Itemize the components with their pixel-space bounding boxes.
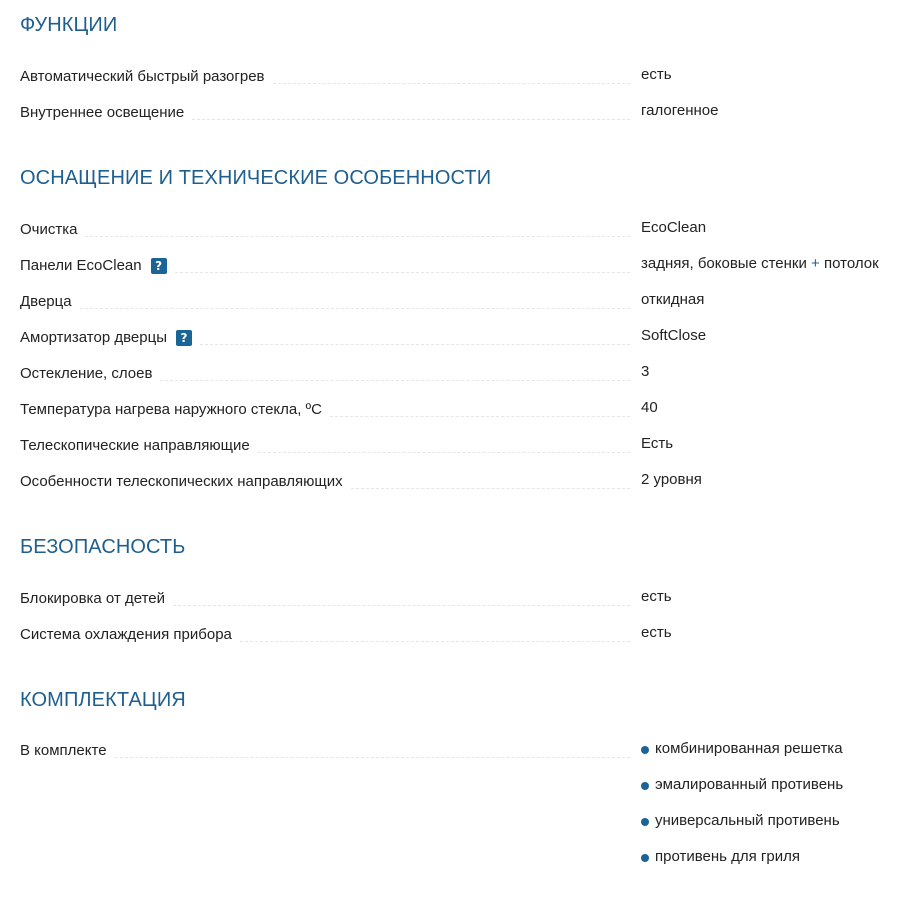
section-safety: БЕЗОПАСНОСТЬ Блокировка от детей есть Си… [20, 535, 913, 659]
included-items-list: комбинированная решетка эмалированный пр… [641, 739, 843, 883]
help-icon[interactable]: ? [151, 258, 167, 274]
spec-row: В комплекте комбинированная решетка эмал… [20, 739, 913, 883]
section-title: ФУНКЦИИ [20, 13, 913, 37]
spec-label: Телескопические направляющие [20, 436, 258, 456]
section-equipment: ОСНАЩЕНИЕ И ТЕХНИЧЕСКИЕ ОСОБЕННОСТИ Очис… [20, 166, 913, 506]
label-wrap: В комплекте [20, 739, 630, 761]
included-item: противень для гриля [641, 847, 843, 883]
label-wrap: Телескопические направляющие [20, 434, 630, 456]
dotted-leader [240, 641, 630, 642]
spec-row: Амортизатор дверцы ? SoftClose [20, 326, 913, 362]
spec-list: Очистка EcoClean Панели EcoClean ? задня… [20, 218, 913, 506]
value-part: задняя, боковые стенки [641, 255, 807, 272]
section-package: КОМПЛЕКТАЦИЯ В комплекте комбинированная… [20, 688, 913, 883]
spec-label: Внутреннее освещение [20, 103, 192, 123]
spec-list: В комплекте комбинированная решетка эмал… [20, 739, 913, 883]
help-icon[interactable]: ? [176, 330, 192, 346]
label-wrap: Очистка [20, 218, 630, 240]
spec-row: Температура нагрева наружного стекла, ºC… [20, 398, 913, 434]
spec-value: откидная [641, 290, 704, 310]
spec-label: Система охлаждения прибора [20, 625, 240, 645]
bullet-icon [641, 782, 649, 790]
section-title: ОСНАЩЕНИЕ И ТЕХНИЧЕСКИЕ ОСОБЕННОСТИ [20, 166, 913, 190]
spec-value: есть [641, 587, 672, 607]
label-wrap: Система охлаждения прибора [20, 623, 630, 645]
spec-value: 40 [641, 398, 658, 418]
spec-label: Блокировка от детей [20, 589, 173, 609]
spec-value: Есть [641, 434, 673, 454]
spec-row: Система охлаждения прибора есть [20, 623, 913, 659]
spec-row: Остекление, слоев 3 [20, 362, 913, 398]
spec-label-text: Амортизатор дверцы [20, 328, 167, 348]
spec-value: EcoClean [641, 218, 706, 238]
spec-label: Остекление, слоев [20, 364, 160, 384]
label-wrap: Автоматический быстрый разогрев [20, 65, 630, 87]
spec-value: 3 [641, 362, 649, 382]
spec-label: Автоматический быстрый разогрев [20, 67, 273, 87]
label-wrap: Температура нагрева наружного стекла, ºC [20, 398, 630, 420]
section-title: БЕЗОПАСНОСТЬ [20, 535, 913, 559]
value-part: потолок [824, 255, 879, 272]
spec-value: SoftClose [641, 326, 706, 346]
dotted-leader [173, 605, 630, 606]
spec-value: 2 уровня [641, 470, 702, 490]
included-item: универсальный противень [641, 811, 843, 847]
spec-list: Автоматический быстрый разогрев есть Вну… [20, 65, 913, 137]
spec-list: Блокировка от детей есть Система охлажде… [20, 587, 913, 659]
label-wrap: Амортизатор дверцы ? [20, 326, 630, 348]
spec-row: Блокировка от детей есть [20, 587, 913, 623]
spec-label: В комплекте [20, 741, 115, 761]
spec-row: Очистка EcoClean [20, 218, 913, 254]
spec-value: есть [641, 623, 672, 643]
plus-sign: + [811, 255, 820, 272]
included-item: комбинированная решетка [641, 739, 843, 775]
dotted-leader [80, 308, 630, 309]
section-functions: ФУНКЦИИ Автоматический быстрый разогрев … [20, 13, 913, 137]
label-wrap: Блокировка от детей [20, 587, 630, 609]
spec-value: галогенное [641, 101, 718, 121]
bullet-icon [641, 854, 649, 862]
label-wrap: Внутреннее освещение [20, 101, 630, 123]
spec-label: Температура нагрева наружного стекла, ºC [20, 400, 330, 420]
label-wrap: Особенности телескопических направляющих [20, 470, 630, 492]
spec-row: Особенности телескопических направляющих… [20, 470, 913, 506]
spec-value: есть [641, 65, 672, 85]
section-title: КОМПЛЕКТАЦИЯ [20, 688, 913, 712]
spec-label: Амортизатор дверцы ? [20, 328, 200, 348]
spec-label: Панели EcoClean ? [20, 256, 175, 276]
dotted-leader [192, 119, 630, 120]
dotted-leader [85, 236, 630, 237]
spec-row: Телескопические направляющие Есть [20, 434, 913, 470]
label-wrap: Дверца [20, 290, 630, 312]
spec-row: Автоматический быстрый разогрев есть [20, 65, 913, 101]
spec-value: задняя, боковые стенки + потолок [641, 254, 879, 274]
dotted-leader [258, 452, 630, 453]
bullet-icon [641, 818, 649, 826]
included-item: эмалированный противень [641, 775, 843, 811]
included-item-text: универсальный противень [655, 811, 840, 831]
dotted-leader [115, 757, 630, 758]
dotted-leader [160, 380, 630, 381]
dotted-leader [330, 416, 630, 417]
label-wrap: Панели EcoClean ? [20, 254, 630, 276]
spec-label: Особенности телескопических направляющих [20, 472, 351, 492]
spec-row: Дверца откидная [20, 290, 913, 326]
dotted-leader [200, 344, 630, 345]
included-item-text: противень для гриля [655, 847, 800, 867]
included-item-text: комбинированная решетка [655, 739, 843, 759]
spec-row: Внутреннее освещение галогенное [20, 101, 913, 137]
spec-label: Дверца [20, 292, 80, 312]
dotted-leader [175, 272, 630, 273]
included-item-text: эмалированный противень [655, 775, 843, 795]
dotted-leader [351, 488, 630, 489]
dotted-leader [273, 83, 630, 84]
bullet-icon [641, 746, 649, 754]
spec-label-text: Панели EcoClean [20, 256, 142, 276]
spec-row: Панели EcoClean ? задняя, боковые стенки… [20, 254, 913, 290]
spec-label: Очистка [20, 220, 85, 240]
label-wrap: Остекление, слоев [20, 362, 630, 384]
